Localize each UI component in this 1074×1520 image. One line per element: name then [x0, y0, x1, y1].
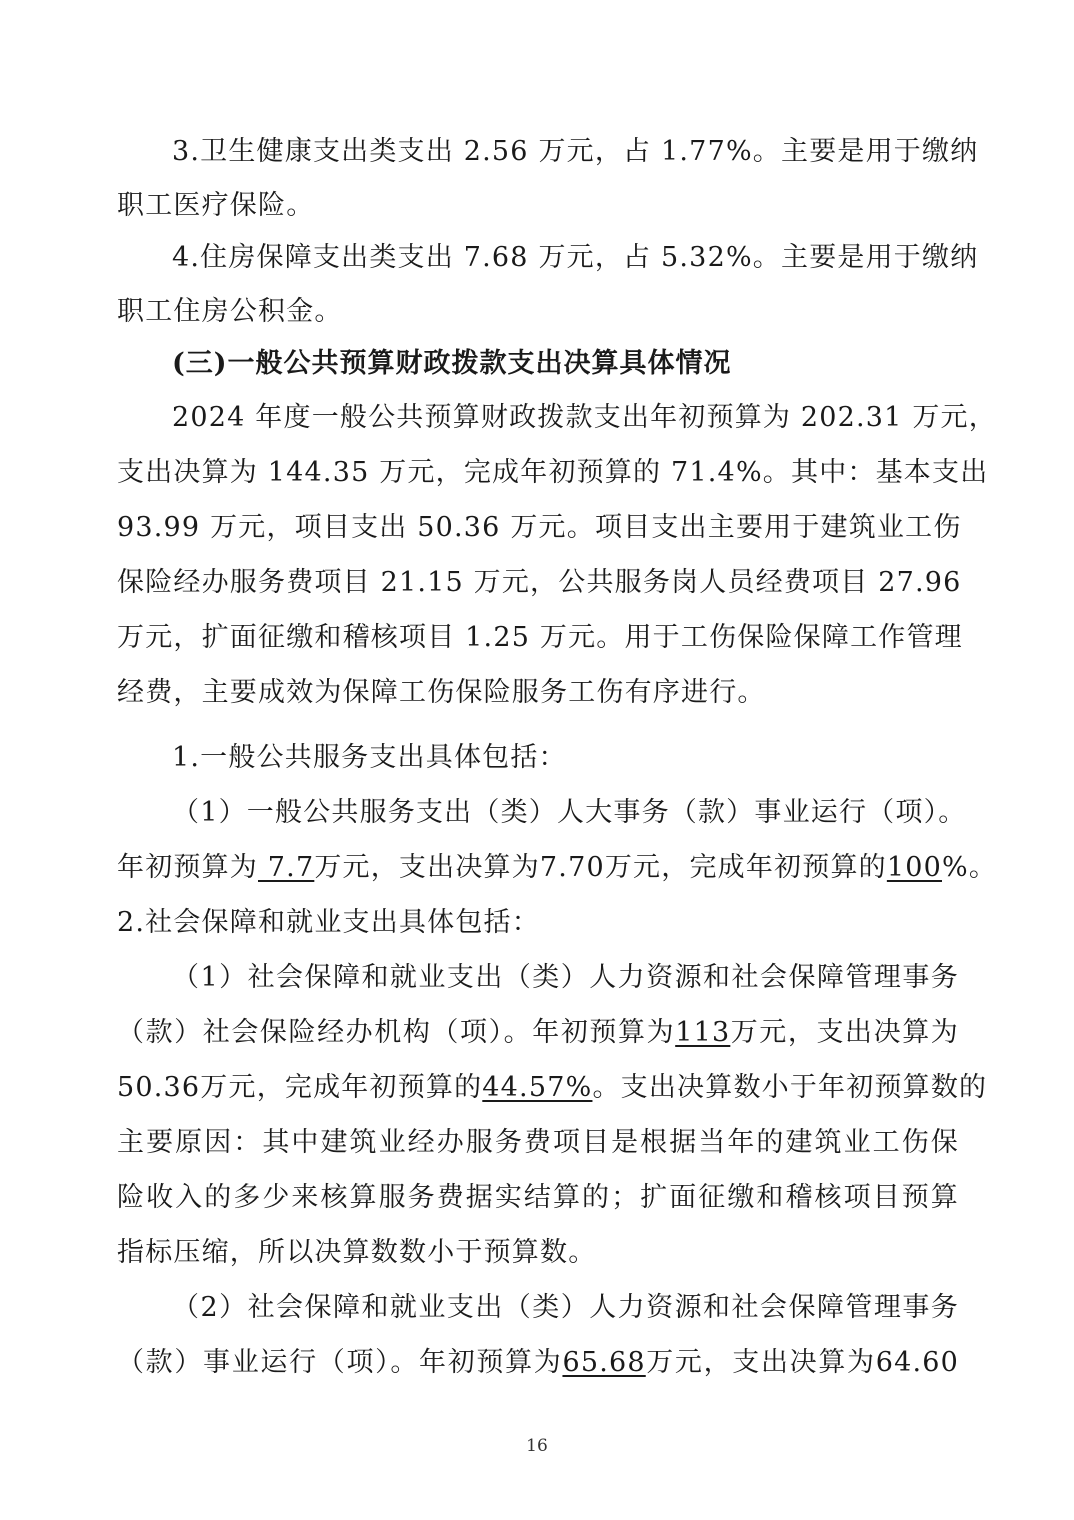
item-1-1-title: （1）一般公共服务支出（类）人大事务（款）事业运行（项）。	[172, 795, 959, 831]
item-2-2-title: （2）社会保障和就业支出（类）人力资源和社会保障管理事务	[172, 1290, 959, 1326]
section-heading-3: (三)一般公共预算财政拨款支出决算具体情况	[172, 346, 959, 382]
underlined-budget-value: 7.7	[258, 852, 314, 883]
item-2-1-detail-1: （款）社会保险经办机构（项）。年初预算为113万元，支出决算为	[117, 1015, 959, 1051]
paragraph-budget-summary-3: 93.99 万元，项目支出 50.36 万元。项目支出主要用于建筑业工伤	[117, 510, 959, 546]
item-2-2-detail: （款）事业运行（项）。年初预算为65.68万元，支出决算为64.60	[117, 1345, 959, 1381]
underlined-budget-value: 113	[675, 1017, 730, 1048]
item-2-1-reason-1: 主要原因：其中建筑业经办服务费项目是根据当年的建筑业工伤保	[117, 1125, 959, 1161]
paragraph-budget-summary-2: 支出决算为 144.35 万元，完成年初预算的 71.4%。其中：基本支出	[117, 455, 959, 491]
text: 万元，支出决算为	[730, 1017, 959, 1048]
text: 年初预算为	[117, 852, 258, 883]
underlined-completion-rate: 44.57%	[482, 1072, 592, 1103]
underlined-budget-value: 65.68	[562, 1347, 645, 1378]
subheading-general-public-services: 1.一般公共服务支出具体包括：	[172, 740, 959, 776]
document-page: 3.卫生健康支出类支出 2.56 万元，占 1.77%。主要是用于缴纳 职工医疗…	[0, 0, 1074, 1520]
item-1-1-detail: 年初预算为 7.7万元，支出决算为7.70万元，完成年初预算的100%。	[117, 850, 959, 886]
paragraph-health-expenditure-cont: 职工医疗保险。	[117, 188, 959, 224]
text: （款）社会保险经办机构（项）。年初预算为	[117, 1017, 675, 1048]
page-number: 16	[0, 1436, 1074, 1456]
item-2-1-reason-3: 指标压缩，所以决算数数小于预算数。	[117, 1235, 959, 1271]
subheading-social-security: 2.社会保障和就业支出具体包括：	[117, 905, 959, 941]
text: 万元，支出决算为7.70万元，完成年初预算的	[314, 852, 887, 883]
paragraph-housing-expenditure: 4.住房保障支出类支出 7.68 万元，占 5.32%。主要是用于缴纳	[172, 240, 959, 276]
item-2-1-reason-2: 险收入的多少来核算服务费据实结算的；扩面征缴和稽核项目预算	[117, 1180, 959, 1216]
paragraph-budget-summary-5: 万元，扩面征缴和稽核项目 1.25 万元。用于工伤保险保障工作管理	[117, 620, 959, 656]
paragraph-health-expenditure: 3.卫生健康支出类支出 2.56 万元，占 1.77%。主要是用于缴纳	[172, 134, 959, 170]
text: 。支出决算数小于年初预算数的	[592, 1072, 987, 1103]
item-2-1-title: （1）社会保障和就业支出（类）人力资源和社会保障管理事务	[172, 960, 959, 996]
text: %。	[942, 852, 997, 883]
underlined-completion-rate: 100	[887, 852, 942, 883]
paragraph-housing-expenditure-cont: 职工住房公积金。	[117, 294, 959, 330]
text: 50.36万元，完成年初预算的	[117, 1072, 482, 1103]
text: 万元，支出决算为64.60	[646, 1347, 959, 1378]
paragraph-budget-summary-6: 经费，主要成效为保障工伤保险服务工伤有序进行。	[117, 675, 959, 711]
paragraph-budget-summary-1: 2024 年度一般公共预算财政拨款支出年初预算为 202.31 万元，	[172, 400, 959, 436]
text: （款）事业运行（项）。年初预算为	[117, 1347, 562, 1378]
item-2-1-detail-2: 50.36万元，完成年初预算的44.57%。支出决算数小于年初预算数的	[117, 1070, 959, 1106]
paragraph-budget-summary-4: 保险经办服务费项目 21.15 万元，公共服务岗人员经费项目 27.96	[117, 565, 959, 601]
